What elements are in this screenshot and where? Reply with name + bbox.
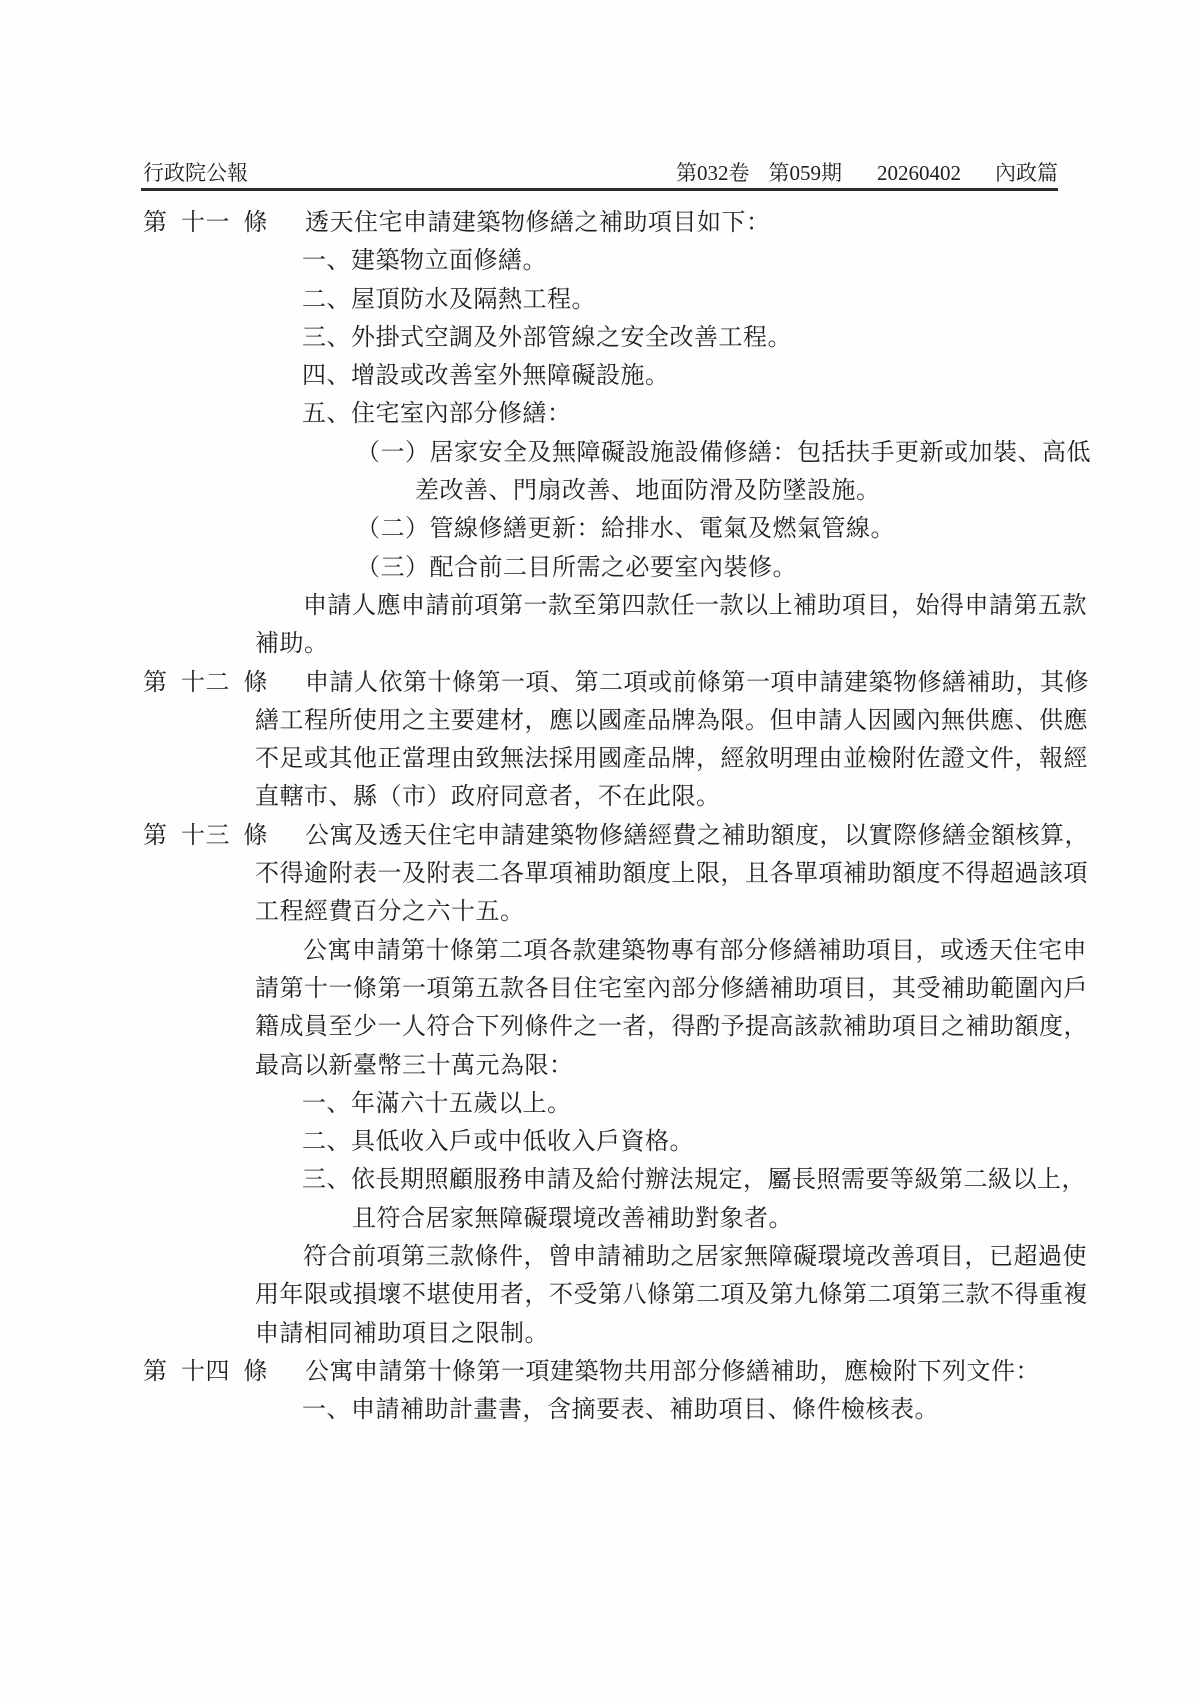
date-label: 20260402 (877, 160, 961, 186)
paragraph-line: 籍成員至少一人符合下列條件之一者，得酌予提高該款補助項目之補助額度， (0, 1008, 1200, 1046)
article-number: 第 十一 條 (143, 204, 305, 242)
paragraph-line: 工程經費百分之六十五。 (0, 893, 1200, 931)
list-item: 二、屋頂防水及隔熱工程。 (0, 281, 1200, 319)
article-number: 第 十四 條 (143, 1353, 305, 1391)
list-item-continuation: 且符合居家無障礙環境改善補助對象者。 (0, 1200, 1200, 1238)
sub-item-continuation: 差改善、門扇改善、地面防滑及防墜設施。 (0, 472, 1200, 510)
list-item: 一、建築物立面修繕。 (0, 242, 1200, 280)
paragraph-line: 不得逾附表一及附表二各單項補助額度上限，且各單項補助額度不得超過該項 (0, 855, 1200, 893)
paragraph-line: 不足或其他正當理由致無法採用國產品牌，經敘明理由並檢附佐證文件，報經 (0, 740, 1200, 778)
paragraph-line: 補助。 (0, 625, 1200, 663)
list-item: 三、依長期照顧服務申請及給付辦法規定，屬長照需要等級第二級以上， (0, 1161, 1200, 1199)
sub-item: （一）居家安全及無障礙設施設備修繕：包括扶手更新或加裝、高低 (0, 434, 1200, 472)
section-label: 內政篇 (995, 160, 1058, 186)
paragraph-line: 公寓申請第十條第二項各款建築物專有部分修繕補助項目，或透天住宅申 (0, 932, 1200, 970)
article-number: 第 十三 條 (143, 817, 305, 855)
list-item: 五、住宅室內部分修繕： (0, 395, 1200, 433)
article-12-heading: 第 十二 條申請人依第十條第一項、第二項或前條第一項申請建築物修繕補助，其修 (0, 664, 1200, 702)
article-11-heading: 第 十一 條透天住宅申請建築物修繕之補助項目如下： (0, 204, 1200, 242)
sub-item: （三）配合前二目所需之必要室內裝修。 (0, 549, 1200, 587)
paragraph-line: 申請人應申請前項第一款至第四款任一款以上補助項目，始得申請第五款 (0, 587, 1200, 625)
article-text: 申請人依第十條第一項、第二項或前條第一項申請建築物修繕補助，其修 (305, 670, 1089, 696)
list-item: 一、申請補助計畫書，含摘要表、補助項目、條件檢核表。 (0, 1391, 1200, 1429)
page-header: 行政院公報 第032卷 第059期 20260402 內政篇 (143, 160, 1058, 186)
list-item: 四、增設或改善室外無障礙設施。 (0, 357, 1200, 395)
article-13-heading: 第 十三 條公寓及透天住宅申請建築物修繕經費之補助額度，以實際修繕金額核算， (0, 817, 1200, 855)
paragraph-line: 申請相同補助項目之限制。 (0, 1315, 1200, 1353)
article-text: 公寓及透天住宅申請建築物修繕經費之補助額度，以實際修繕金額核算， (305, 823, 1089, 849)
header-rule (141, 188, 1058, 191)
article-14-heading: 第 十四 條公寓申請第十條第一項建築物共用部分修繕補助，應檢附下列文件： (0, 1353, 1200, 1391)
gazette-title: 行政院公報 (143, 160, 248, 186)
issue-label: 第059期 (769, 160, 843, 186)
document-body: 第 十一 條透天住宅申請建築物修繕之補助項目如下： 一、建築物立面修繕。 二、屋… (0, 204, 1200, 1430)
article-text: 透天住宅申請建築物修繕之補助項目如下： (305, 210, 771, 236)
paragraph-line: 用年限或損壞不堪使用者，不受第八條第二項及第九條第二項第三款不得重複 (0, 1276, 1200, 1314)
paragraph-line: 直轄市、縣（市）政府同意者，不在此限。 (0, 778, 1200, 816)
list-item: 三、外掛式空調及外部管線之安全改善工程。 (0, 319, 1200, 357)
article-text: 公寓申請第十條第一項建築物共用部分修繕補助，應檢附下列文件： (305, 1359, 1040, 1385)
paragraph-line: 繕工程所使用之主要建材，應以國產品牌為限。但申請人因國內無供應、供應 (0, 702, 1200, 740)
paragraph-line: 請第十一條第一項第五款各目住宅室內部分修繕補助項目，其受補助範圍內戶 (0, 970, 1200, 1008)
list-item: 二、具低收入戶或中低收入戶資格。 (0, 1123, 1200, 1161)
sub-item: （二）管線修繕更新：給排水、電氣及燃氣管線。 (0, 510, 1200, 548)
article-number: 第 十二 條 (143, 664, 305, 702)
gazette-page: 行政院公報 第032卷 第059期 20260402 內政篇 第 十一 條透天住… (0, 0, 1200, 1698)
header-issue-info: 第032卷 第059期 20260402 內政篇 (676, 160, 1058, 186)
volume-label: 第032卷 (676, 160, 750, 186)
list-item: 一、年滿六十五歲以上。 (0, 1085, 1200, 1123)
paragraph-line: 符合前項第三款條件，曾申請補助之居家無障礙環境改善項目，已超過使 (0, 1238, 1200, 1276)
paragraph-line: 最高以新臺幣三十萬元為限： (0, 1047, 1200, 1085)
